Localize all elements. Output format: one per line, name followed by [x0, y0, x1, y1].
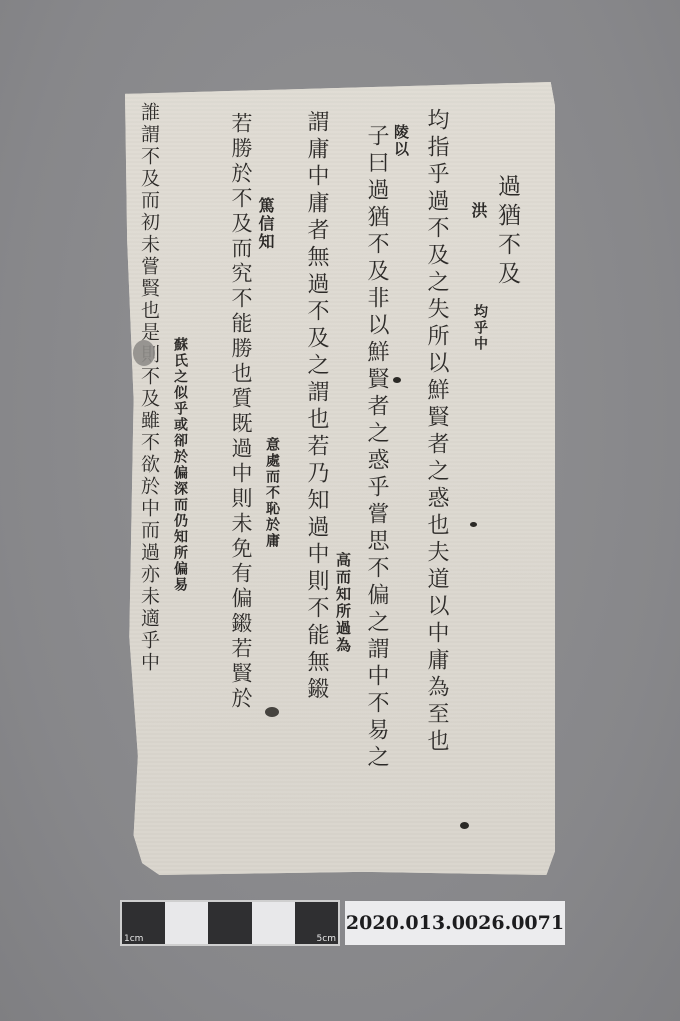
text-column-5: 若勝於不及而究不能勝也質既過中則未免有偏鎩若賢於	[230, 112, 251, 852]
annotation-4: 高而知所過為	[335, 552, 350, 654]
text-column-4: 謂庸中庸者無過不及之謂也若乃知過中則不能無鎩	[305, 110, 327, 830]
accession-number-label: 2020.013.0026.0071	[345, 901, 565, 945]
scale-segment	[165, 902, 208, 944]
ink-dot	[470, 522, 477, 527]
ink-dot	[393, 377, 401, 383]
annotation-5a: 篤信知	[257, 197, 273, 251]
annotation-5b: 意處而不恥於庸	[265, 437, 279, 549]
scale-right-label: 5cm	[317, 934, 336, 944]
scale-bar: 1cm 5cm	[120, 900, 340, 946]
title-column: 過猶不及	[495, 174, 518, 290]
manuscript-page: 過猶不及 均指乎過不及之失所以鮮賢者之惑也夫道以中庸為至也 洪 均乎中 子曰過猶…	[125, 82, 555, 875]
ink-dot	[265, 707, 279, 717]
scale-segment	[252, 902, 295, 944]
annotation-6: 蘇氏之似乎或卻於偏深而仍知所偏易	[173, 337, 187, 593]
annotation-2b: 均乎中	[473, 304, 487, 352]
ink-blot	[133, 340, 155, 366]
ink-dot	[460, 822, 469, 829]
annotation-3: 陵以	[393, 124, 408, 158]
scale-left-label: 1cm	[124, 934, 143, 944]
annotation-2a: 洪	[470, 202, 486, 220]
scale-segment	[208, 902, 251, 944]
text-column-6: 誰謂不及而初未嘗賢也是則不及雖不欲於中而過亦未適乎中	[139, 102, 158, 862]
text-column-2: 均指乎過不及之失所以鮮賢者之惑也夫道以中庸為至也	[425, 108, 447, 868]
text-column-3: 子曰過猶不及非以鮮賢者之惑乎嘗思不偏之謂中不易之	[365, 124, 387, 864]
